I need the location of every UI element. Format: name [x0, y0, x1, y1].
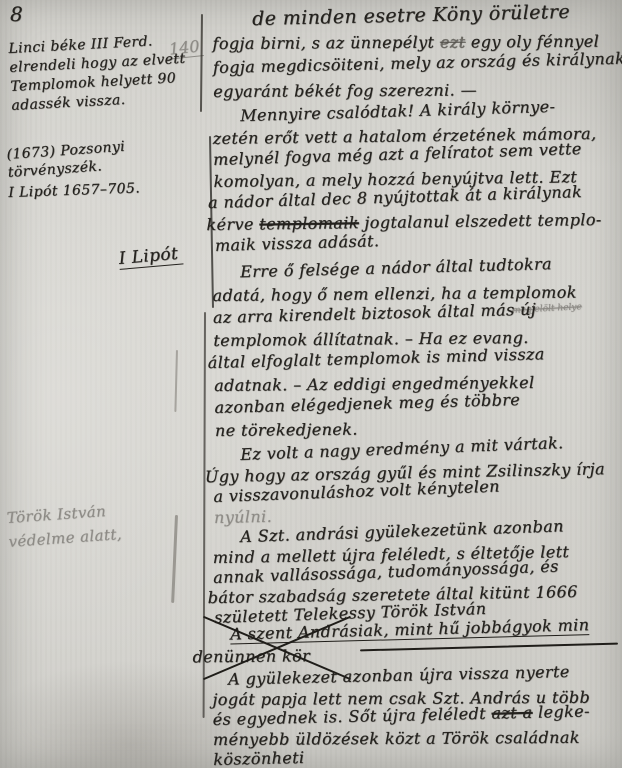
margin-pencil-note-torok: Török István védelme alatt,: [6, 494, 179, 554]
text-run: fogja birni, s az ünnepélyt: [212, 33, 439, 53]
margin-note-1673: (1673) Pozsonyi törvényszék.: [6, 132, 208, 182]
paragraph-2: Mennyire csalódtak! A király környe- zet…: [212, 98, 620, 257]
margin-note-lipot-dates: I Lipót 1657–705.: [8, 178, 189, 202]
page-number: 8: [10, 2, 23, 26]
paragraph-5: A Szt. andrási gyülekezetünk azonban min…: [212, 518, 619, 628]
manuscript-page: 8 140 Linci béke III Ferd. elrendeli hog…: [0, 0, 622, 768]
text-line: de minden esetre Köny örületre: [212, 0, 617, 32]
struck-text: templomaik: [259, 213, 359, 233]
margin-heading-lipot: I Lipót: [118, 244, 183, 269]
paragraph-4: Ez volt a nagy eredmény a mit vártak. Úg…: [212, 435, 619, 528]
paragraph-3: Erre ő felsége a nádor által tudtokra ad…: [212, 255, 620, 442]
text-line: Erre ő felsége a nádor által tudtokra: [212, 251, 617, 284]
text-run: legke-: [532, 701, 590, 721]
text-run: kérve: [206, 214, 259, 234]
paragraph-1: de minden esetre Köny örületre fogja bir…: [212, 2, 618, 104]
pencil-stroke: [174, 350, 178, 412]
margin-divider-line: [200, 14, 203, 112]
struck-text: azt a: [491, 703, 532, 723]
paragraph-7: A gyülekezet azonban újra vissza nyerte …: [212, 664, 618, 768]
struck-text: ezt: [440, 32, 466, 51]
margin-note-linci-beke: Linci béke III Ferd. elrendeli hogy az e…: [8, 31, 192, 116]
